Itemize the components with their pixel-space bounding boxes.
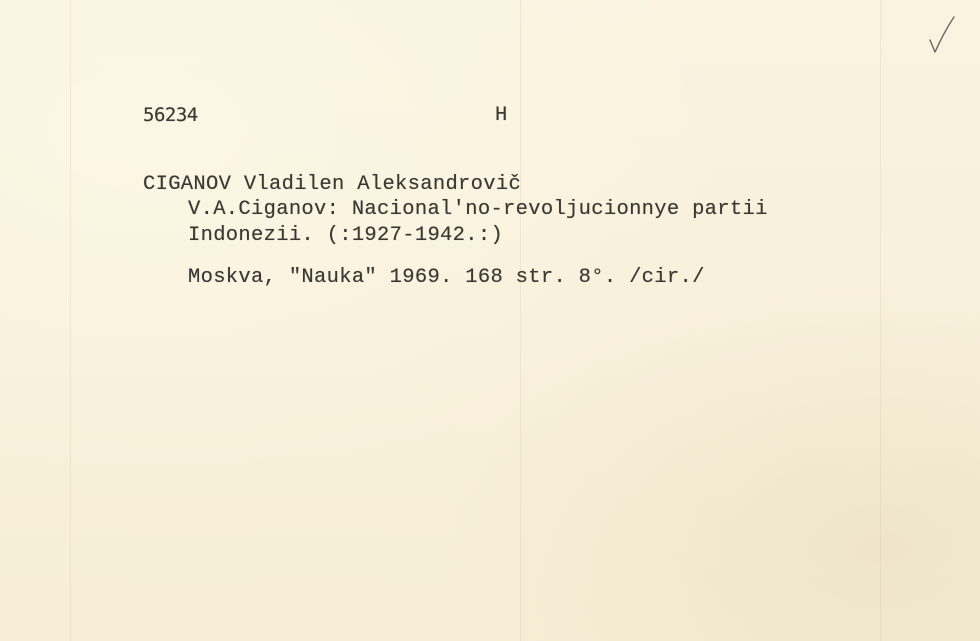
title-line-2: Indonezii. (:1927-1942.:) <box>188 226 503 247</box>
author-heading: CIGANOV Vladilen Aleksandrovič <box>143 175 521 196</box>
paper-texture-line <box>880 0 881 641</box>
title-line-1: V.A.Ciganov: Nacional'no-revoljucionnye … <box>188 200 768 221</box>
shelf-mark: H <box>495 106 508 127</box>
imprint-line: Moskva, "Nauka" 1969. 168 str. 8°. /cir.… <box>188 268 705 289</box>
catalog-number: 56234 <box>143 106 198 125</box>
paper-texture-line <box>70 0 71 641</box>
checkmark-icon <box>926 14 956 56</box>
paper-texture-line <box>520 0 521 641</box>
catalog-card: 56234 H CIGANOV Vladilen Aleksandrovič V… <box>0 0 980 641</box>
